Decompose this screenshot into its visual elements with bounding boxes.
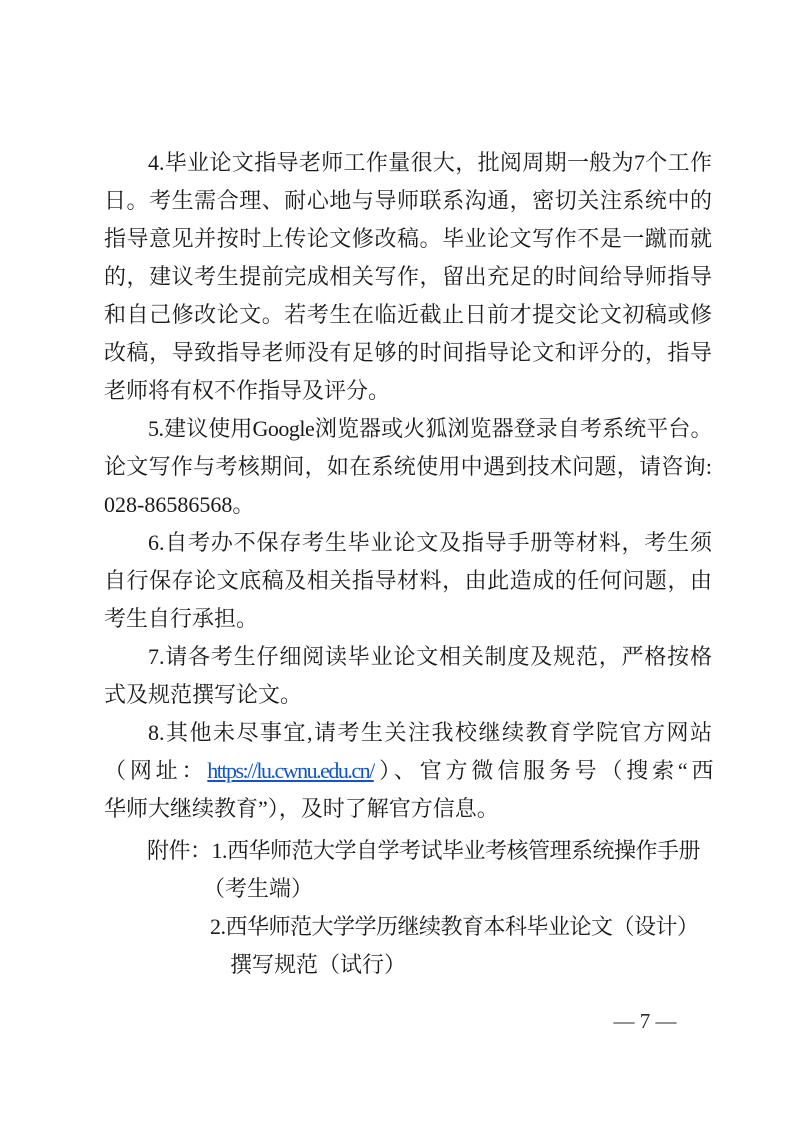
text-line-with-link: （网址：https://lu.cwnu.edu.cn/）、官方微信服务号（搜索“…: [104, 752, 712, 790]
text-line: 论文写作与考核期间，如在系统使用中遇到技术问题，请咨询:: [104, 448, 712, 486]
paragraph-6: 6.自考办不保存考生毕业论文及指导手册等材料，考生须 自行保存论文底稿及相关指导…: [104, 524, 712, 638]
paragraph-5: 5.建议使用Google浏览器或火狐浏览器登录自考系统平台。 论文写作与考核期间…: [104, 410, 712, 524]
document-body: 4.毕业论文指导老师工作量很大，批阅周期一般为7个工作 日。考生需合理、耐心地与…: [104, 144, 712, 984]
text-line: 指导意见并按时上传论文修改稿。毕业论文写作不是一蹴而就: [104, 220, 712, 258]
attachment-label-and-item-1: 附件：1.西华师范大学自学考试毕业考核管理系统操作手册: [104, 832, 712, 870]
document-page: 4.毕业论文指导老师工作量很大，批阅周期一般为7个工作 日。考生需合理、耐心地与…: [0, 0, 800, 1131]
website-link[interactable]: https://lu.cwnu.edu.cn/: [207, 758, 374, 783]
text-line: 6.自考办不保存考生毕业论文及指导手册等材料，考生须: [104, 524, 712, 562]
text-line: 5.建议使用Google浏览器或火狐浏览器登录自考系统平台。: [104, 410, 712, 448]
link-suffix-text: ）、官方微信服务号（搜索“西: [374, 758, 712, 783]
attachment-item-2: 2.西华师范大学学历继续教育本科毕业论文（设计）: [104, 908, 712, 946]
text-line: 7.请各考生仔细阅读毕业论文相关制度及规范，严格按格: [104, 638, 712, 676]
phone-number-line: 028-86586568。: [104, 486, 712, 524]
attachment-item-2-continuation: 撰写规范（试行）: [104, 946, 712, 984]
paragraph-4: 4.毕业论文指导老师工作量很大，批阅周期一般为7个工作 日。考生需合理、耐心地与…: [104, 144, 712, 410]
attachments-block: 附件：1.西华师范大学自学考试毕业考核管理系统操作手册 （考生端） 2.西华师范…: [104, 832, 712, 984]
text-line: 和自己修改论文。若考生在临近截止日前才提交论文初稿或修: [104, 296, 712, 334]
text-line: 的，建议考生提前完成相关写作，留出充足的时间给导师指导: [104, 258, 712, 296]
link-prefix-text: （网址：: [104, 758, 207, 783]
paragraph-8: 8.其他未尽事宜,请考生关注我校继续教育学院官方网站 （网址：https://l…: [104, 714, 712, 828]
text-line: 8.其他未尽事宜,请考生关注我校继续教育学院官方网站: [104, 714, 712, 752]
page-number: — 7 —: [600, 1008, 690, 1034]
text-line: 式及规范撰写论文。: [104, 676, 712, 714]
text-line: 改稿，导致指导老师没有足够的时间指导论文和评分的，指导: [104, 334, 712, 372]
text-line: 考生自行承担。: [104, 600, 712, 638]
paragraph-7: 7.请各考生仔细阅读毕业论文相关制度及规范，严格按格 式及规范撰写论文。: [104, 638, 712, 714]
text-line: 自行保存论文底稿及相关指导材料，由此造成的任何问题，由: [104, 562, 712, 600]
text-line: 4.毕业论文指导老师工作量很大，批阅周期一般为7个工作: [104, 144, 712, 182]
attachment-item-1-continuation: （考生端）: [104, 870, 712, 908]
text-line: 老师将有权不作指导及评分。: [104, 372, 712, 410]
text-line: 华师大继续教育”），及时了解官方信息。: [104, 790, 712, 828]
text-line: 日。考生需合理、耐心地与导师联系沟通，密切关注系统中的: [104, 182, 712, 220]
